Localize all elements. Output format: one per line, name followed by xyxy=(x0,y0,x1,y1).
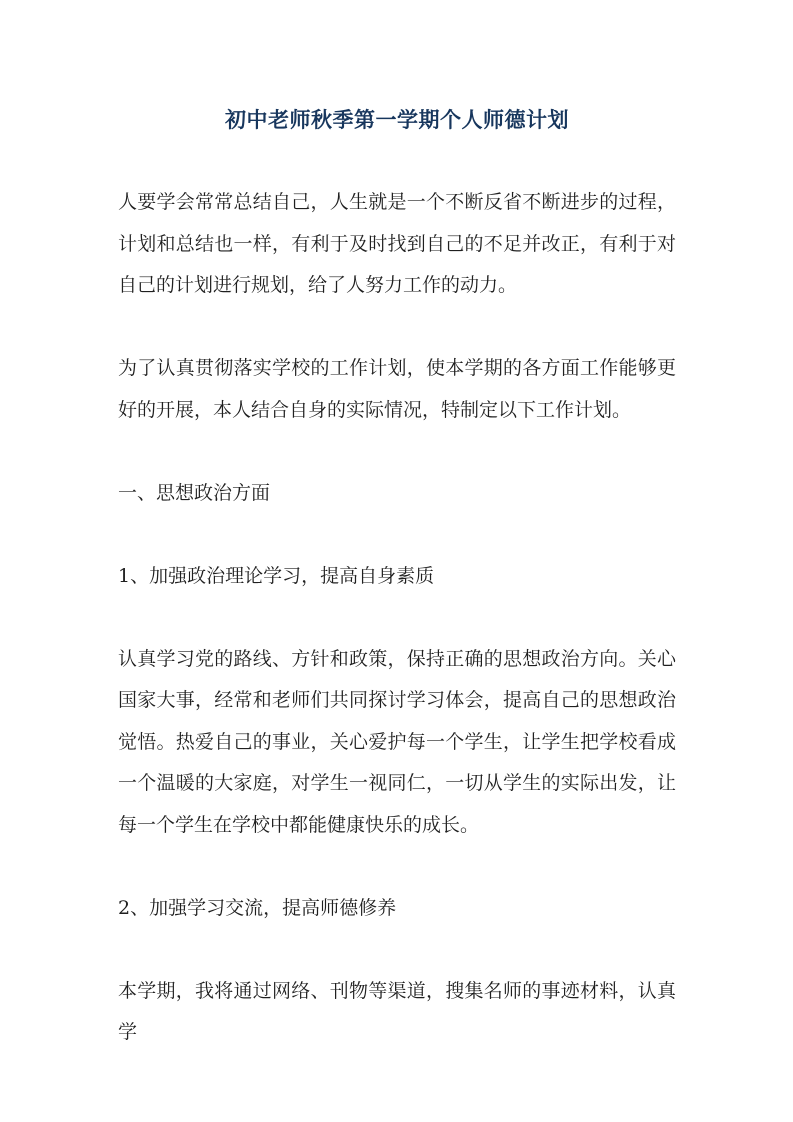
subheading-political-theory: 1、加强政治理论学习，提高自身素质 xyxy=(118,556,676,598)
document-page: 初中老师秋季第一学期个人师德计划 人要学会常常总结自己，人生就是一个不断反省不断… xyxy=(0,0,793,1122)
subheading-ethics-exchange: 2、加强学习交流，提高师德修养 xyxy=(118,888,676,930)
section-heading-ideology: 一、思想政治方面 xyxy=(118,473,676,515)
doc-title: 初中老师秋季第一学期个人师德计划 xyxy=(118,99,676,141)
paragraph-political-theory: 认真学习党的路线、方针和政策，保持正确的思想政治方向。关心国家大事，经常和老师们… xyxy=(118,639,676,847)
paragraph-purpose: 为了认真贯彻落实学校的工作计划，使本学期的各方面工作能够更好的开展，本人结合自身… xyxy=(118,348,676,431)
paragraph-ethics-exchange: 本学期，我将通过网络、刊物等渠道，搜集名师的事迹材料，认真学 xyxy=(118,971,676,1054)
paragraph-intro: 人要学会常常总结自己，人生就是一个不断反省不断进步的过程，计划和总结也一样，有利… xyxy=(118,182,676,307)
